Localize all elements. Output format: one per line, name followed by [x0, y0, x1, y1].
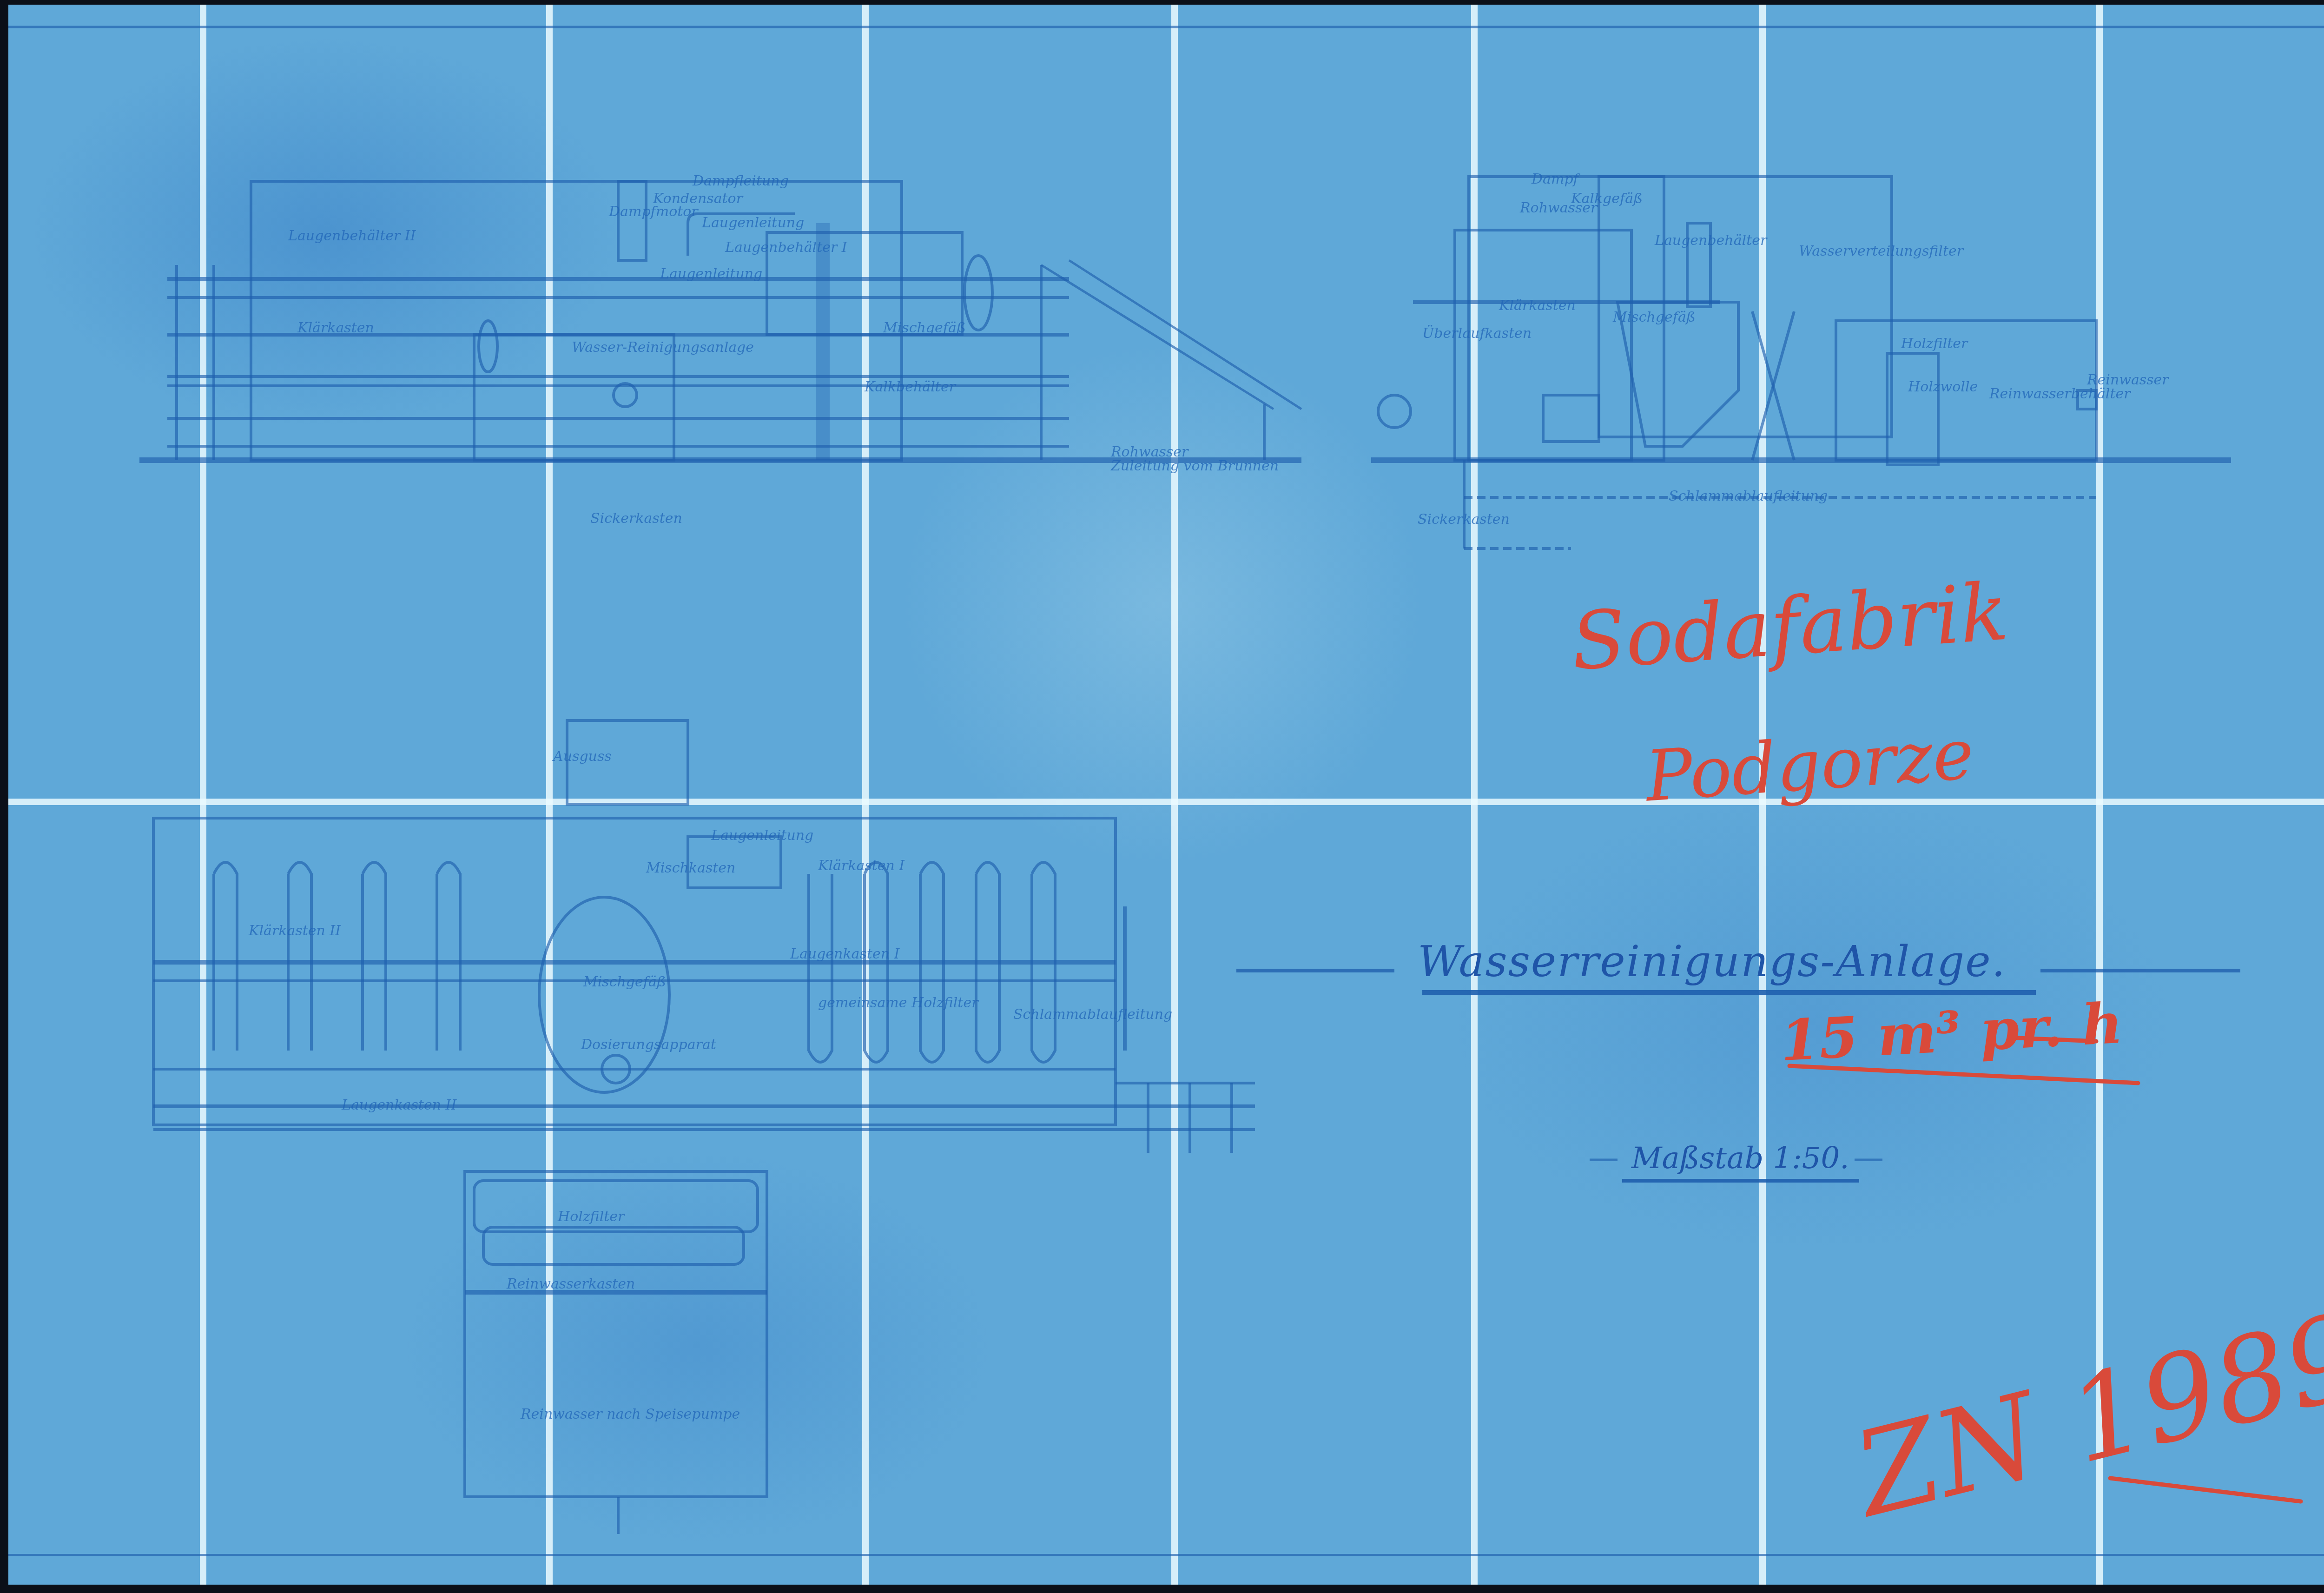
label-plan-view: gemeinsame Holzfilter: [818, 995, 978, 1011]
label-plan-view: Reinwasserkasten: [507, 1276, 635, 1292]
label-plan-view: Mischgefäß: [583, 974, 666, 990]
label-side-elevation: Laugenbehälter II: [288, 228, 416, 244]
label-end-elevation: Holzfilter: [1901, 336, 1967, 352]
label-side-elevation: Laugenleitung: [702, 215, 804, 231]
label-end-elevation: Reinwasser: [2087, 372, 2169, 388]
label-side-elevation: Klärkasten: [297, 320, 374, 336]
label-plan-view: Mischkasten: [646, 860, 735, 876]
label-side-elevation: Sickerkasten: [590, 510, 682, 527]
label-plan-view: Schlammablaufleitung: [1013, 1006, 1172, 1023]
label-end-elevation: Schlammablaufleitung: [1669, 488, 1828, 504]
label-plan-view: Dosierungsapparat: [581, 1037, 716, 1053]
label-side-elevation: Laugenbehälter I: [725, 239, 847, 256]
label-side-elevation: Kalkbehälter: [865, 379, 956, 395]
label-plan-view: Klärkasten II: [249, 923, 341, 939]
label-end-elevation: Sickerkasten: [1418, 511, 1510, 528]
label-plan-view: Laugenleitung: [711, 827, 813, 844]
label-side-elevation: Dampfleitung: [693, 173, 789, 189]
label-plan-view: Klärkasten I: [818, 858, 905, 874]
label-end-elevation: Laugenbehälter: [1655, 232, 1767, 249]
label-side-elevation: Zuleitung vom Brunnen: [1111, 458, 1279, 474]
label-plan-view: Reinwasser nach Speisepumpe: [521, 1406, 740, 1422]
label-end-elevation: Rohwasser: [1520, 200, 1597, 216]
label-end-elevation: Mischgefäß: [1613, 309, 1696, 325]
label-end-elevation: Reinwasserbehälter: [1989, 386, 2131, 402]
label-side-elevation: Wasser-Reinigungsanlage: [572, 339, 754, 356]
label-end-elevation: Dampf: [1532, 171, 1578, 187]
label-end-elevation: Wasserverteilungsfilter: [1799, 243, 1963, 259]
label-end-elevation: Holzwolle: [1908, 379, 1978, 395]
label-end-elevation: Klärkasten: [1499, 297, 1576, 314]
label-plan-view: Holzfilter: [558, 1209, 624, 1225]
label-end-elevation: Überlaufkasten: [1422, 325, 1532, 342]
drawing-title: Wasserreinigungs-Anlage.: [1418, 937, 2006, 986]
label-plan-view: Ausguss: [553, 748, 612, 765]
label-side-elevation: Mischgefäß: [883, 320, 966, 336]
blueprint-sheet: Dampfleitung Kondensator Dampfmotor Laug…: [0, 0, 2324, 1593]
label-side-elevation: Dampfmotor: [609, 204, 698, 220]
label-plan-view: Laugenkasten I: [790, 946, 899, 962]
label-plan-view: Laugenkasten II: [342, 1097, 456, 1113]
label-side-elevation: Laugenleitung: [660, 266, 762, 282]
drawing-scale: Maßstab 1:50.: [1631, 1141, 1849, 1176]
